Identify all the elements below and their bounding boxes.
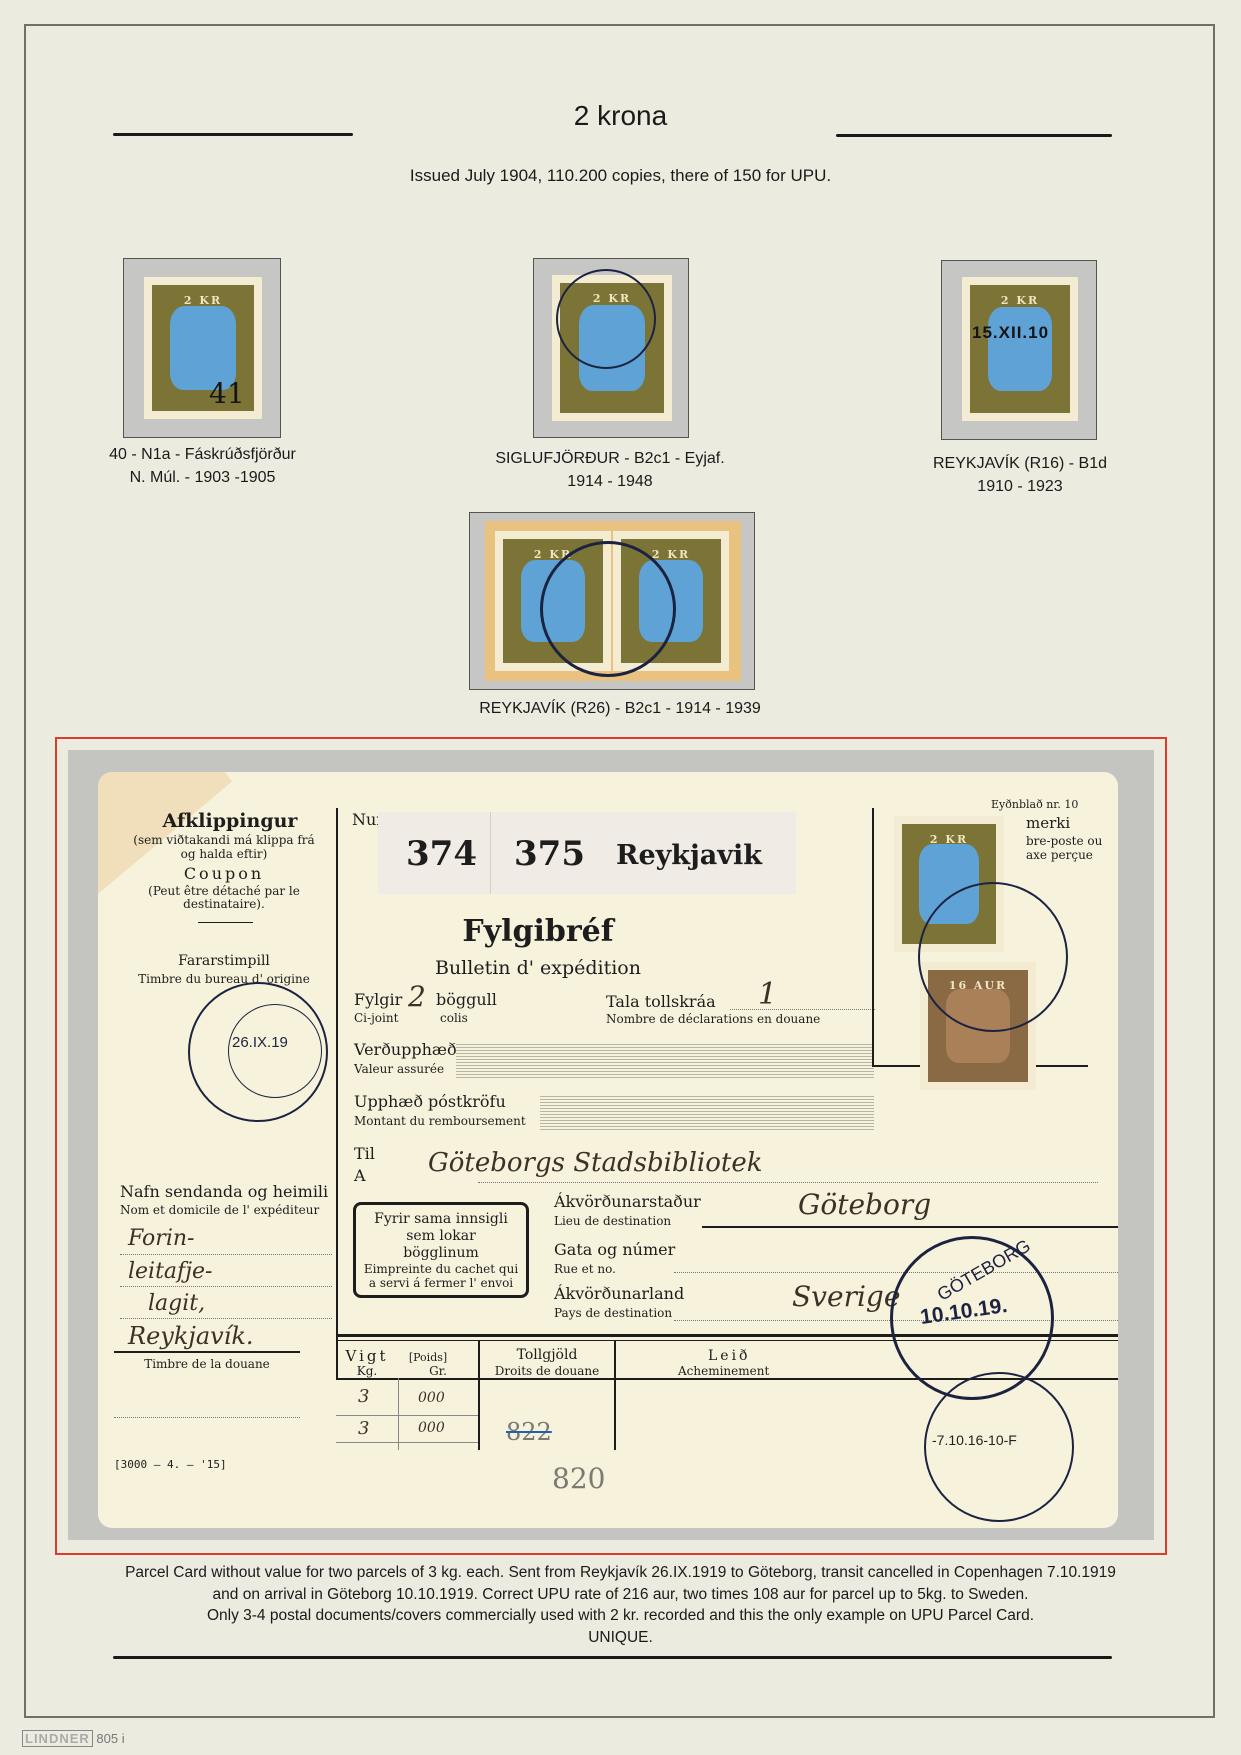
stamped-number: 820 (552, 1462, 605, 1495)
insured-value-field (456, 1042, 874, 1078)
form-title: Fylgibréf (358, 914, 718, 949)
album-footer: LINDNER 805 i (22, 1731, 125, 1746)
page-title: 2 krona (0, 100, 1241, 132)
registration-label: 374 375 Reykjavik (378, 812, 796, 894)
origin-stamp-label: Fararstimpill (114, 953, 334, 969)
country-hand: Sverige (792, 1280, 900, 1313)
sender-hand-1: Forin- (128, 1226, 194, 1251)
form-sheet-number: Eyðnblað nr. 10 (991, 798, 1078, 811)
stamp-mount-3: 2 KR 15.XII.10 (941, 260, 1097, 440)
siglufjordur-postmark (556, 269, 656, 369)
struck-number: 822 (506, 1418, 552, 1446)
sender-label: Nafn sendanda og heimili (120, 1182, 328, 1201)
customs-stamp-label: Timbre de la douane (114, 1357, 300, 1371)
seal-box: Fyrir sama innsigli sem lokar bögglinum … (353, 1202, 529, 1298)
numeral-cancel: 41 (209, 377, 245, 410)
coupon-divider (336, 808, 338, 1380)
page-code: 805 i (96, 1731, 124, 1746)
form-subtitle: Bulletin d' expédition (358, 957, 718, 979)
title-rule-right (836, 134, 1112, 137)
exhibit-description: Parcel Card without value for two parcel… (0, 1562, 1241, 1648)
stamp-caption-3: REYKJAVÍK (R16) - B1d1910 - 1923 (900, 452, 1140, 498)
row1-kg: 3 (358, 1386, 369, 1407)
parcel-card: Afklippingur (sem viðtakandi má klippa f… (98, 772, 1118, 1528)
title-rule-left (113, 133, 353, 136)
addressee-hand: Göteborgs Stadsbibliotek (428, 1148, 762, 1178)
bottom-rule (113, 1656, 1112, 1659)
reg-city: Reykjavik (616, 840, 762, 871)
coupon-heading: Afklippingur (140, 810, 320, 832)
reg-number-2: 375 (514, 834, 585, 874)
reykjavik-postmark-date: 26.IX.19 (232, 1034, 288, 1051)
page-subtitle: Issued July 1904, 110.200 copies, there … (0, 166, 1241, 186)
destination-hand: Göteborg (798, 1188, 931, 1221)
declarations-count-hand: 1 (758, 977, 777, 1012)
kobenhavn-postmark-date: -7.10.16-10-F (932, 1432, 1017, 1448)
stamp-caption-1: 40 - N1a - FáskrúðsfjörðurN. Múl. - 1903… (80, 443, 325, 489)
reykjavik-r26-postmark (540, 541, 676, 677)
cod-amount-field (540, 1094, 874, 1130)
stamp-mount-2: 2 KR (533, 258, 689, 438)
stamp-pair-mount: 2 KR 2 KR (469, 512, 755, 690)
reg-number-1: 374 (406, 834, 477, 874)
reykjavik-r16-cancel: 15.XII.10 (972, 323, 1049, 343)
print-code: [3000 — 4. — '15] (114, 1458, 227, 1471)
lindner-logo: LINDNER (22, 1730, 93, 1747)
row1-gr: 000 (418, 1390, 445, 1406)
stamp-caption-2: SIGLUFJÖRÐUR - B2c1 - Eyjaf.1914 - 1948 (470, 447, 750, 493)
stamp-caption-pair: REYKJAVÍK (R26) - B2c1 - 1914 - 1939 (420, 697, 820, 720)
stamp-2kr-3: 2 KR (962, 277, 1078, 421)
row2-kg: 3 (358, 1418, 369, 1439)
stamp-mount-1: 2 KR 41 (123, 258, 281, 438)
reykjavik-franking-postmark (918, 882, 1068, 1032)
parcel-count-hand: 2 (408, 980, 426, 1013)
row2-gr: 000 (418, 1420, 445, 1436)
